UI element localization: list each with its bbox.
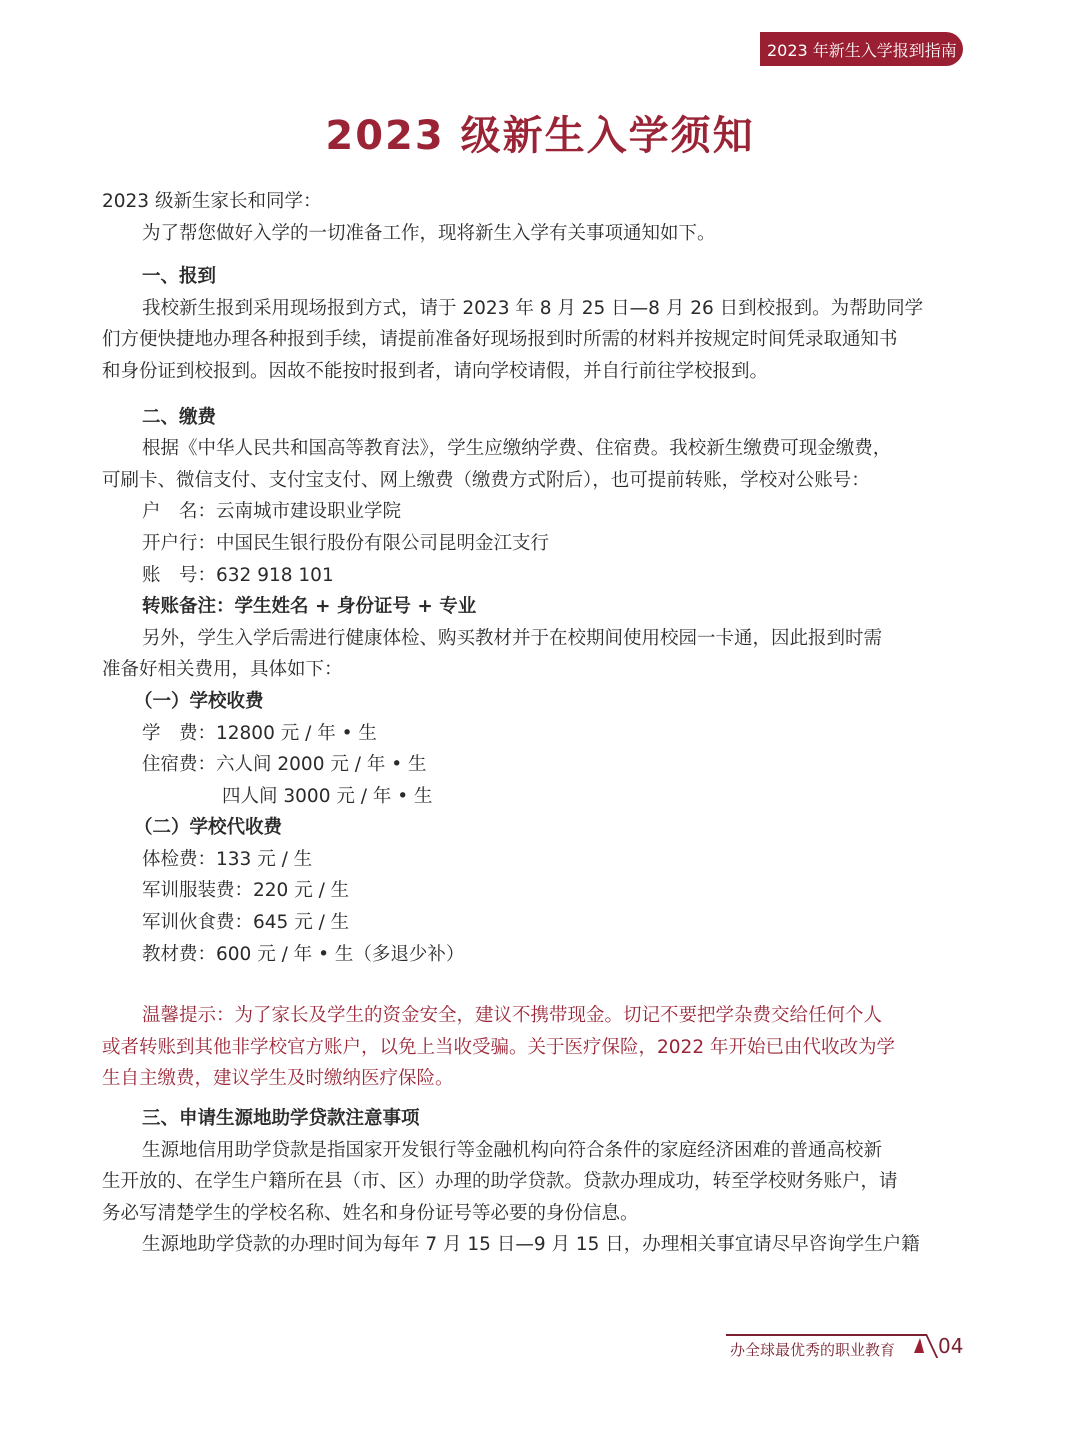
page-number: 04 (938, 1334, 963, 1358)
greeting: 2023 级新生家长和同学： (102, 186, 964, 218)
header-tag-label: 2023 年新生入学报到指南 (767, 38, 957, 61)
loan-line: 生源地助学贷款的办理时间为每年 7 月 15 日—9 月 15 日，办理相关事宜… (102, 1229, 964, 1261)
header-tag: 2023 年新生入学报到指南 (760, 32, 963, 66)
transfer-remark: 转账备注：学生姓名 + 身份证号 + 专业 (102, 591, 964, 623)
section-heading-payment: 二、缴费 (102, 402, 964, 434)
document-body: 2023 级新生家长和同学： 为了帮您做好入学的一切准备工作，现将新生入学有关事… (102, 186, 964, 1261)
account-number-label: 账 号： (142, 565, 216, 586)
dorm-fee-six: 住宿费：六人间 2000 元 / 年 • 生 (102, 749, 964, 781)
loan-line: 生源地信用助学贷款是指国家开发银行等金融机构向符合条件的家庭经济困难的普通高校新 (102, 1135, 964, 1167)
page-title: 2023 级新生入学须知 (0, 104, 1080, 161)
account-bank-label: 开户行： (142, 533, 216, 554)
triangle-icon (914, 1338, 924, 1353)
warning-line: 或者转账到其他非学校官方账户，以免上当收受骗。关于医疗保险，2022 年开始已由… (102, 1032, 964, 1064)
warning-line: 温馨提示：为了家长及学生的资金安全，建议不携带现金。切记不要把学杂费交给任何个人 (102, 1000, 964, 1032)
account-number-value: 632 918 101 (216, 565, 334, 586)
agent-fee-item: 军训伙食费：645 元 / 生 (102, 907, 964, 939)
account-name: 户 名：云南城市建设职业学院 (102, 496, 964, 528)
account-number: 账 号：632 918 101 (102, 560, 964, 592)
warning-line: 生自主缴费，建议学生及时缴纳医疗保险。 (102, 1063, 964, 1095)
agent-fee-item: 军训服装费：220 元 / 生 (102, 875, 964, 907)
section-heading-loan: 三、申请生源地助学贷款注意事项 (102, 1103, 964, 1135)
extra-fees-line: 另外，学生入学后需进行健康体检、购买教材并于在校期间使用校园一卡通，因此报到时需 (102, 623, 964, 655)
extra-fees-line: 准备好相关费用，具体如下： (102, 654, 964, 686)
account-bank: 开户行：中国民生银行股份有限公司昆明金江支行 (102, 528, 964, 560)
registration-line: 我校新生报到采用现场报到方式，请于 2023 年 8 月 25 日—8 月 26… (102, 293, 964, 325)
intro-paragraph: 为了帮您做好入学的一切准备工作，现将新生入学有关事项通知如下。 (102, 218, 964, 250)
footer-rule (726, 1334, 926, 1336)
payment-line: 可刷卡、微信支付、支付宝支付、网上缴费（缴费方式附后），也可提前转账，学校对公账… (102, 465, 964, 497)
registration-line: 和身份证到校报到。因故不能按时报到者，请向学校请假，并自行前往学校报到。 (102, 356, 964, 388)
agent-fee-item: 教材费：600 元 / 年 • 生（多退少补） (102, 939, 964, 971)
page-footer: 办全球最优秀的职业教育 04 (722, 1330, 967, 1370)
loan-line: 生开放的、在学生户籍所在县（市、区）办理的助学贷款。贷款办理成功，转至学校财务账… (102, 1166, 964, 1198)
school-fees-heading: （一）学校收费 (102, 686, 964, 718)
agent-fees-heading: （二）学校代收费 (102, 812, 964, 844)
loan-line: 务必写清楚学生的学校名称、姓名和身份证号等必要的身份信息。 (102, 1198, 964, 1230)
account-name-label: 户 名： (142, 501, 216, 522)
section-heading-registration: 一、报到 (102, 261, 964, 293)
footer-slogan: 办全球最优秀的职业教育 (730, 1339, 895, 1360)
account-name-value: 云南城市建设职业学院 (216, 501, 401, 522)
agent-fee-item: 体检费：133 元 / 生 (102, 844, 964, 876)
footer-slash-decoration (925, 1334, 938, 1358)
registration-line: 们方便快捷地办理各种报到手续，请提前准备好现场报到时所需的材料并按规定时间凭录取… (102, 324, 964, 356)
dorm-fee-four: 四人间 3000 元 / 年 • 生 (102, 781, 964, 813)
account-bank-value: 中国民生银行股份有限公司昆明金江支行 (216, 533, 549, 554)
tuition-fee: 学 费：12800 元 / 年 • 生 (102, 718, 964, 750)
payment-line: 根据《中华人民共和国高等教育法》，学生应缴纳学费、住宿费。我校新生缴费可现金缴费… (102, 433, 964, 465)
